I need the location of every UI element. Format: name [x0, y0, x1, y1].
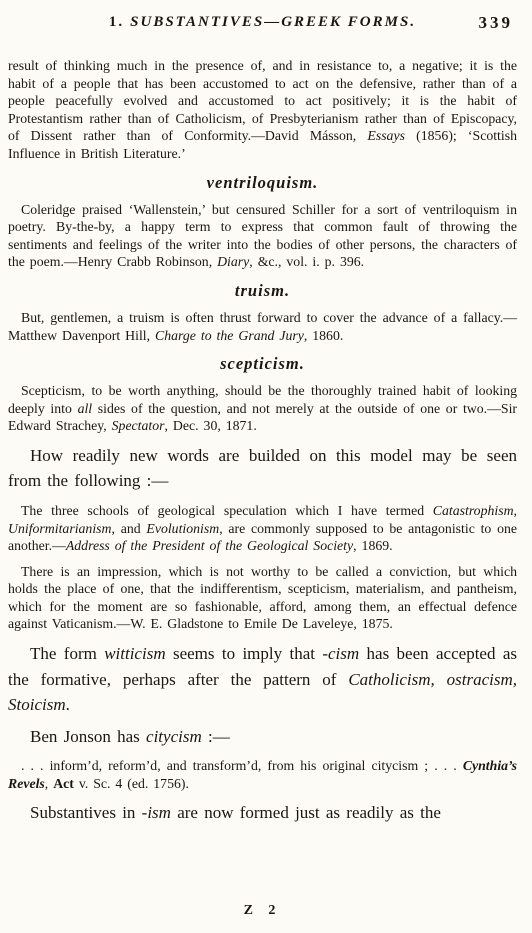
quote-paragraph: result of thinking much in the presence …: [8, 57, 517, 163]
text-run: Catastrophism: [433, 503, 514, 518]
text-run: seems to imply that: [166, 644, 323, 663]
text-run: Uniformitarianism: [8, 521, 112, 536]
text-run: , 1869.: [353, 538, 392, 553]
quote-paragraph: . . . inform’d, reform’d, and transform’…: [8, 757, 517, 792]
section-number: 1.: [109, 14, 124, 30]
headword: truism.: [8, 281, 517, 301]
text-run: , &c., vol. i. p. 396.: [249, 254, 364, 269]
quote-paragraph: Scepticism, to be worth anything, should…: [8, 382, 517, 435]
signature-mark: Z 2: [8, 903, 517, 919]
text-run: Spectator: [112, 418, 165, 433]
text-run: -cism: [322, 644, 359, 663]
text-run: Essays: [367, 128, 405, 143]
quote-paragraph: The three schools of geological speculat…: [8, 502, 517, 555]
text-run: witticism: [104, 644, 165, 663]
text-run: Address of the President of the Geologic…: [66, 538, 353, 553]
text-run: are now formed just as readily as the: [171, 803, 441, 822]
book-page: 1.SUBSTANTIVES—GREEK FORMS. 339 result o…: [0, 0, 532, 933]
text-run: Diary: [217, 254, 249, 269]
text-run: , 1860.: [304, 328, 343, 343]
page-title: SUBSTANTIVES—GREEK FORMS.: [130, 14, 416, 30]
text-run: v. Sc. 4 (ed. 1756).: [74, 776, 189, 791]
page-number: 339: [479, 13, 514, 33]
quote-paragraph: But, gentlemen, a truism is often thrust…: [8, 309, 517, 344]
text-run: The form: [30, 644, 104, 663]
body-paragraph: Substantives in -ism are now formed just…: [8, 800, 517, 826]
text-run: Substantives in: [30, 803, 142, 822]
text-run: ,: [45, 776, 53, 791]
text-run: Charge to the Grand Jury: [155, 328, 304, 343]
text-run: . . . inform’d, reform’d, and transform’…: [21, 758, 463, 773]
quote-paragraph: There is an impression, which is not wor…: [8, 563, 517, 633]
text-run: .: [66, 695, 70, 714]
text-run: How readily new words are builded on thi…: [8, 446, 517, 491]
text-run: ,: [514, 503, 517, 518]
text-run: Act: [53, 776, 74, 791]
running-head: 1.SUBSTANTIVES—GREEK FORMS. 339: [8, 14, 517, 31]
text-run: Evolutionism: [146, 521, 219, 536]
text-run: Ben Jonson has: [30, 727, 146, 746]
body-paragraph: How readily new words are builded on thi…: [8, 443, 517, 494]
text-run: , Dec. 30, 1871.: [165, 418, 257, 433]
text-run: -ism: [142, 803, 171, 822]
body-paragraph: The form witticism seems to imply that -…: [8, 641, 517, 718]
headword: ventriloquism.: [8, 173, 517, 193]
headword: scepticism.: [8, 354, 517, 374]
page-content: result of thinking much in the presence …: [8, 41, 517, 901]
quote-paragraph: Coleridge praised ‘Wallenstein,’ but cen…: [8, 201, 517, 271]
body-paragraph: Ben Jonson has citycism :—: [8, 724, 517, 750]
text-run: The three schools of geological speculat…: [21, 503, 433, 518]
text-run: There is an impression, which is not wor…: [8, 564, 517, 632]
text-run: all: [78, 401, 93, 416]
text-run: citycism: [146, 727, 202, 746]
text-run: , and: [112, 521, 147, 536]
text-run: :—: [202, 727, 230, 746]
